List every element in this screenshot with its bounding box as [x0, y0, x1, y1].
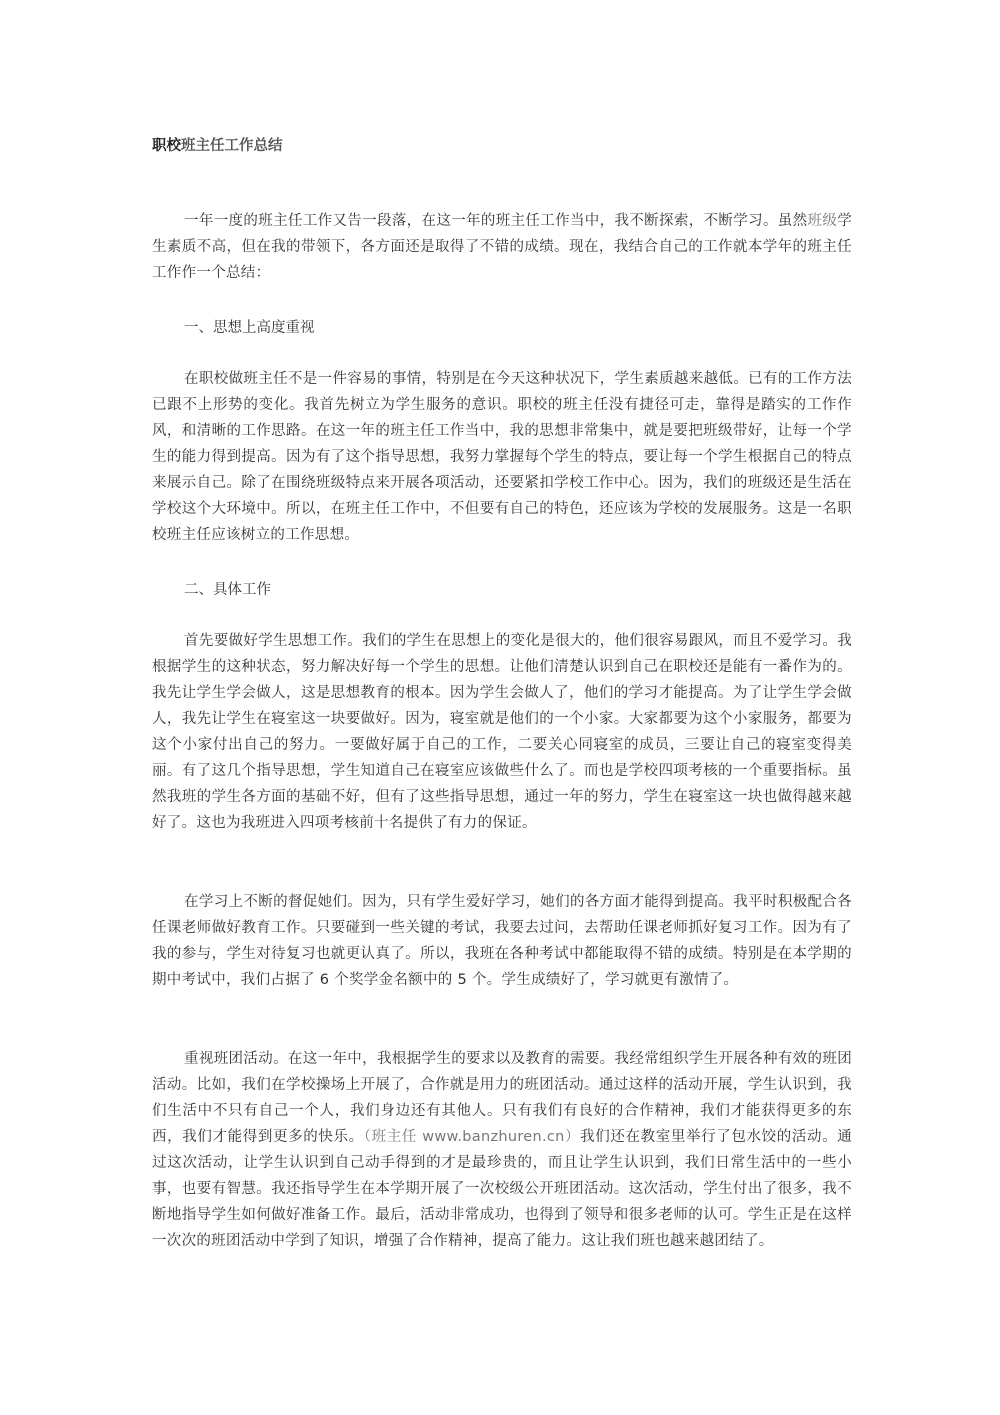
title-rest-part: 班主任工作总结: [181, 138, 283, 154]
paragraph-intro: 一年一度的班主任工作又告一段落，在这一年的班主任工作当中，我不断探索，不断学习。…: [152, 208, 852, 286]
link-class[interactable]: 班级: [807, 213, 837, 229]
paragraph-thought-work: 首先要做好学生思想工作。我们的学生在思想上的变化是很大的，他们很容易跟风，而且不…: [152, 628, 852, 836]
document-title: 职校班主任工作总结: [152, 134, 283, 155]
title-bold-part: 职校: [152, 138, 181, 154]
section-heading-1: 一、思想上高度重视: [184, 316, 315, 337]
link-banzhuren[interactable]: （班主任 www.banzhuren.cn）: [364, 1129, 580, 1145]
paragraph-activities: 重视班团活动。在这一年中，我根据学生的要求以及教育的需要。我经常组织学生开展各种…: [152, 1046, 852, 1254]
paragraph-ideology: 在职校做班主任不是一件容易的事情，特别是在今天这种状况下，学生素质越来越低。已有…: [152, 366, 852, 548]
paragraph-text: 一年一度的班主任工作又告一段落，在这一年的班主任工作当中，我不断探索，不断学习。…: [184, 213, 807, 229]
paragraph-study: 在学习上不断的督促她们。因为，只有学生爱好学习，她们的各方面才能得到提高。我平时…: [152, 889, 852, 993]
paragraph-text: 我们还在教室里举行了包水饺的活动。通过这次活动，让学生认识到自己动手得到的才是最…: [152, 1129, 852, 1249]
section-heading-2: 二、具体工作: [184, 578, 271, 599]
